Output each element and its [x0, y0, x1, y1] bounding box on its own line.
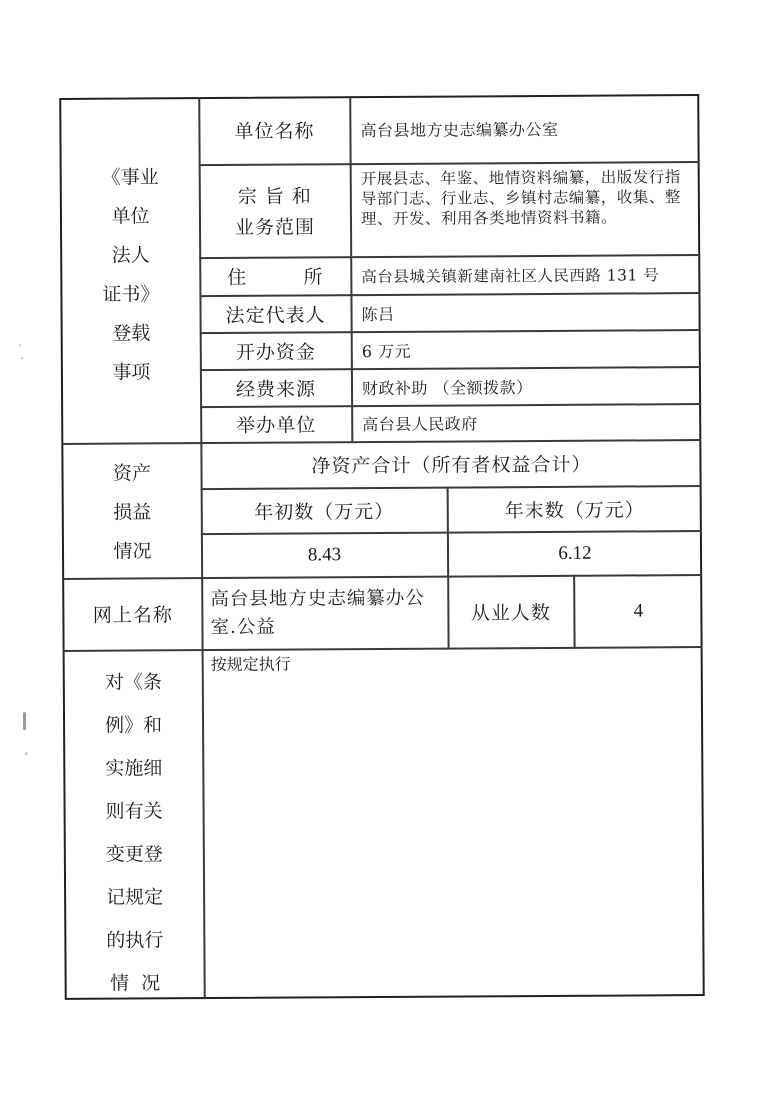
label-staff-count: 从业人数	[448, 576, 573, 648]
label-line: 宗 旨 和	[238, 181, 312, 208]
scan-artifact	[19, 344, 21, 346]
label-online-name: 网上名称	[64, 578, 201, 650]
value-funding-source: 财政补助 （全额拨款）	[352, 367, 700, 405]
side-label-line: 损益	[113, 497, 151, 524]
side-label-line: 记规定	[106, 882, 163, 909]
side-label-line: 法人	[112, 240, 150, 267]
label-purpose-scope: 宗 旨 和 业务范围	[200, 164, 351, 257]
value-address: 高台县城关镇新建南社区人民西路 131 号	[351, 255, 699, 294]
side-label-line: 实施细	[105, 753, 162, 780]
side-label-line: 例》和	[105, 710, 162, 737]
assets-side-label: 资产 损益 情况	[63, 443, 201, 578]
scan-artifact	[23, 712, 26, 730]
scan-artifact	[21, 357, 23, 359]
value-sponsor: 高台县人民政府	[352, 404, 700, 441]
label-unit-name: 单位名称	[199, 96, 349, 164]
value-staff-count: 4	[574, 575, 702, 647]
side-label-line: 情 况	[110, 968, 160, 995]
value-legal-rep: 陈吕	[351, 293, 699, 331]
value-purpose-scope: 开展县志、年鉴、地情资料编纂，出版发行指导部门志、行业志、乡镇村志编纂，收集、整…	[351, 162, 700, 256]
assets-col-end: 年末数（万元）	[448, 486, 702, 532]
side-label-line: 则有关	[105, 796, 162, 823]
value-unit-name: 高台县地方史志编纂办公室	[350, 94, 698, 163]
side-label-line: 事项	[112, 357, 150, 384]
value-compliance: 按规定执行	[203, 647, 705, 998]
document-page: 《事业 单位 法人 证书》 登载 事项 单位名称 高台县地方史志编纂办公室 宗 …	[0, 0, 780, 1103]
value-online-name: 高台县地方史志编纂办公室.公益	[202, 577, 447, 649]
value-start-capital: 6 万元	[352, 330, 700, 368]
scan-artifact	[25, 752, 27, 755]
assets-value-begin: 8.43	[202, 533, 447, 577]
label-sponsor: 举办单位	[201, 406, 351, 442]
label-legal-rep: 法定代表人	[200, 295, 350, 332]
label-funding-source: 经费来源	[201, 369, 351, 406]
label-start-capital: 开办资金	[201, 332, 351, 369]
side-label-line: 对《条	[105, 667, 162, 694]
label-address: 住 所	[200, 257, 350, 295]
side-label-line: 《事业	[102, 162, 159, 189]
side-label-line: 登载	[112, 318, 150, 345]
side-label-line: 证书》	[102, 279, 159, 306]
registration-side-label: 《事业 单位 法人 证书》 登载 事项	[61, 99, 200, 443]
label-line: 业务范围	[235, 212, 315, 239]
side-label-line: 情况	[113, 536, 151, 563]
side-label-line: 资产	[113, 458, 151, 485]
assets-col-begin: 年初数（万元）	[202, 488, 447, 533]
assets-header: 净资产合计（所有者权益合计）	[201, 440, 701, 488]
side-label-line: 单位	[111, 201, 149, 228]
compliance-side-label: 对《条 例》和 实施细 则有关 变更登 记规定 的执行 情 况	[65, 650, 204, 999]
assets-value-end: 6.12	[448, 531, 702, 576]
side-label-line: 变更登	[106, 839, 163, 866]
side-label-line: 的执行	[106, 925, 163, 952]
